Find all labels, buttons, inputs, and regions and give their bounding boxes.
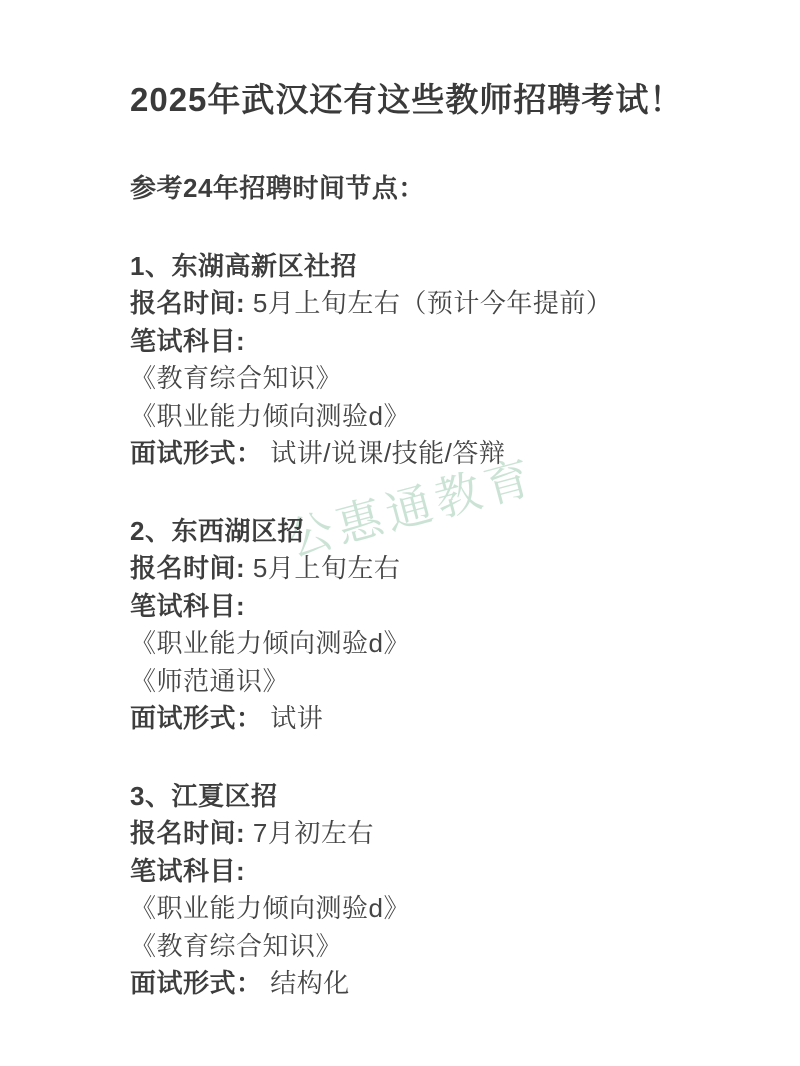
line-value: 5月上旬左右 [245, 553, 400, 583]
article-body: 2025年武汉还有这些教师招聘考试！ 参考24年招聘时间节点： 1、东湖高新区社… [0, 0, 800, 1003]
info-line-subject: 《职业能力倾向测验d》 [130, 625, 744, 663]
line-label: 笔试科目: [130, 326, 245, 356]
line-label: 报名时间: [130, 818, 245, 848]
section-heading: 3、江夏区招 [130, 778, 744, 816]
line-label: 笔试科目: [130, 591, 245, 621]
line-label: 面试形式： [130, 438, 263, 468]
line-label: 笔试科目: [130, 856, 245, 886]
section-donghu-gaoxin: 1、东湖高新区社招 报名时间: 5月上旬左右（预计今年提前） 笔试科目: 《教育… [130, 248, 744, 473]
section-heading: 1、东湖高新区社招 [130, 248, 744, 286]
info-line-subject: 《教育综合知识》 [130, 928, 744, 966]
line-value: 5月上旬左右（预计今年提前） [245, 288, 612, 318]
line-label: 面试形式： [130, 703, 263, 733]
info-line-subject: 《职业能力倾向测验d》 [130, 398, 744, 436]
section-jiangxia: 3、江夏区招 报名时间: 7月初左右 笔试科目: 《职业能力倾向测验d》 《教育… [130, 778, 744, 1003]
line-label: 面试形式： [130, 968, 263, 998]
line-value: 《职业能力倾向测验d》 [130, 401, 410, 431]
info-line-subject: 《师范通识》 [130, 663, 744, 701]
line-value: 《职业能力倾向测验d》 [130, 628, 410, 658]
info-line-subject: 《教育综合知识》 [130, 360, 744, 398]
info-line-interview-format: 面试形式： 结构化 [130, 965, 744, 1003]
line-value: 7月初左右 [245, 818, 374, 848]
line-value: 试讲/说课/技能/答辩 [263, 438, 506, 468]
info-line-written-subjects: 笔试科目: [130, 853, 744, 891]
line-value: 《教育综合知识》 [130, 363, 342, 393]
info-line-signup-time: 报名时间: 5月上旬左右 [130, 550, 744, 588]
line-value: 《教育综合知识》 [130, 931, 342, 961]
info-line-subject: 《职业能力倾向测验d》 [130, 890, 744, 928]
line-label: 报名时间: [130, 288, 245, 318]
line-value: 结构化 [263, 968, 350, 998]
section-heading: 2、东西湖区招 [130, 513, 744, 551]
info-line-signup-time: 报名时间: 7月初左右 [130, 815, 744, 853]
line-value: 《师范通识》 [130, 666, 289, 696]
info-line-signup-time: 报名时间: 5月上旬左右（预计今年提前） [130, 285, 744, 323]
page-title: 2025年武汉还有这些教师招聘考试！ [130, 78, 744, 122]
info-line-interview-format: 面试形式： 试讲/说课/技能/答辩 [130, 435, 744, 473]
info-line-written-subjects: 笔试科目: [130, 588, 744, 626]
info-line-written-subjects: 笔试科目: [130, 323, 744, 361]
info-line-interview-format: 面试形式： 试讲 [130, 700, 744, 738]
line-value: 试讲 [263, 703, 324, 733]
line-value: 《职业能力倾向测验d》 [130, 893, 410, 923]
subtitle: 参考24年招聘时间节点： [130, 170, 744, 208]
section-dongxihu: 2、东西湖区招 报名时间: 5月上旬左右 笔试科目: 《职业能力倾向测验d》 《… [130, 513, 744, 738]
line-label: 报名时间: [130, 553, 245, 583]
